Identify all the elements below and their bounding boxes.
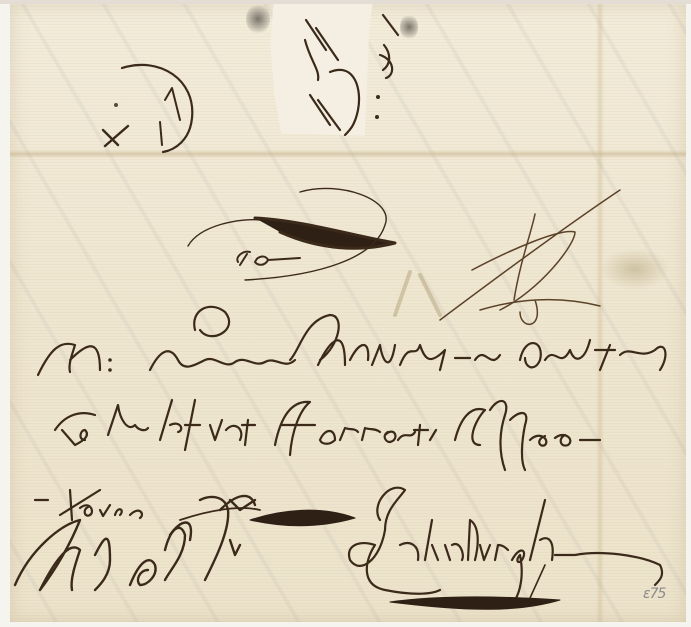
- address-line-3-ink: [35, 490, 142, 520]
- address-line-4-ink: [349, 488, 662, 605]
- heavy-ink-stroke: [250, 510, 355, 526]
- archive-pencil-note: ε75: [643, 586, 665, 602]
- rate-marking: [188, 188, 395, 280]
- seal-fragment-writing: [305, 15, 398, 135]
- postmark-icon: [103, 65, 192, 152]
- address-line-2-ink: [55, 400, 600, 470]
- heavy-ink-stroke-bottom: [390, 597, 560, 609]
- address-line-1-ink: [38, 307, 665, 375]
- handwriting-layer: [0, 0, 691, 627]
- manuscript-mark-right: [395, 190, 620, 324]
